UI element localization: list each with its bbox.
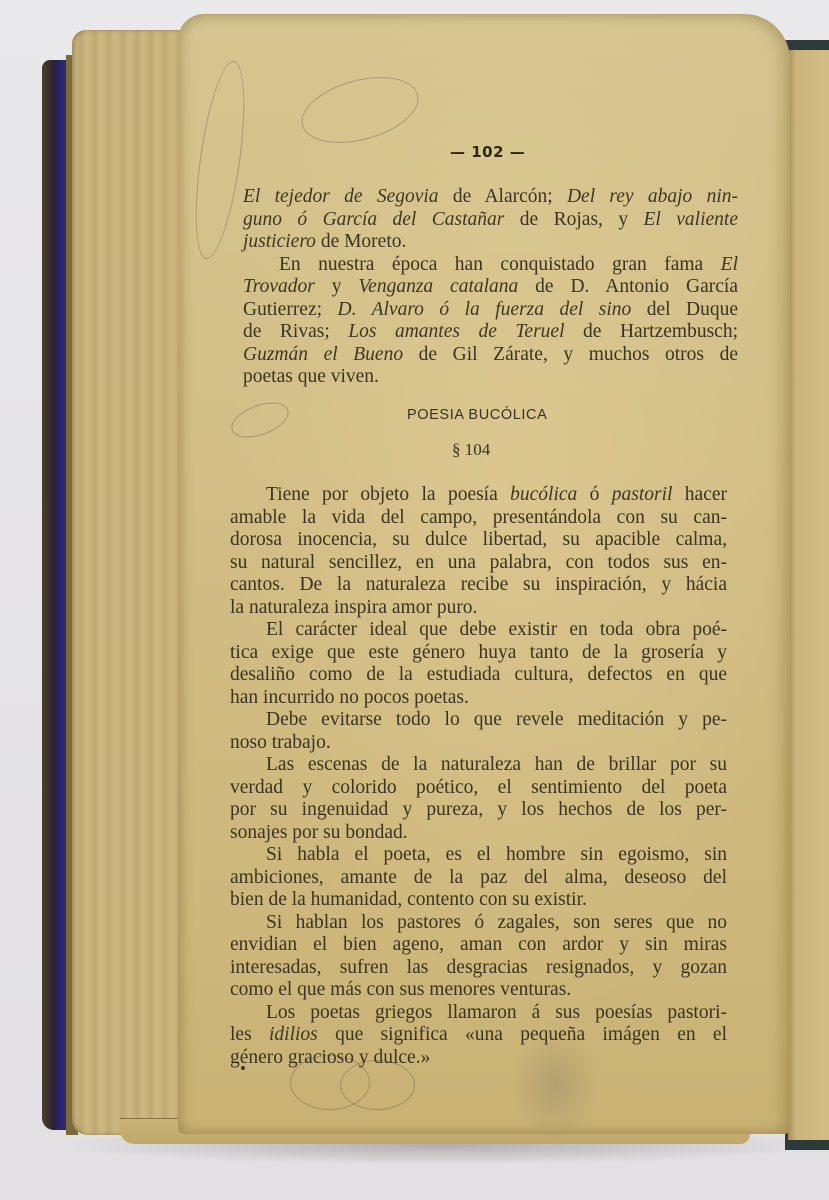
paragraph: Debe evitarse todo lo que revele meditac… <box>230 709 727 754</box>
text-run: poetas que viven. <box>243 366 379 387</box>
section-heading: POESIA BUCÓLICA <box>407 407 547 423</box>
text-line: género gracioso y dulce.» <box>230 1047 727 1070</box>
text-run: ó <box>577 484 611 505</box>
text-line: Guzmán el Bueno de Gil Zárate, y muchos … <box>243 344 738 367</box>
text-run: Tiene por objeto la poesía <box>266 484 510 505</box>
text-line: Si hablan los pastores ó zagales, son se… <box>230 912 727 935</box>
text-line: han incurrido no pocos poetas. <box>230 687 727 710</box>
text-line: Los poetas griegos llamaron á sus poesía… <box>230 1002 727 1025</box>
italic-title: El tejedor de Segovia <box>243 186 439 207</box>
text-line: interesadas, sufren las desgracias resig… <box>230 957 727 980</box>
text-run: noso trabajo. <box>230 732 331 753</box>
text-line: poetas que viven. <box>243 366 738 389</box>
text-line: envidian el bien ageno, aman con ardor y… <box>230 934 727 957</box>
italic-title: Del rey abajo nin- <box>567 186 738 207</box>
text-line: verdad y colorido poético, el sentimient… <box>230 777 727 800</box>
italic-title: Trovador <box>243 276 315 297</box>
text-run: género gracioso y dulce.» <box>230 1047 430 1068</box>
text-block-top: El tejedor de Segovia de Alarcón; Del re… <box>243 186 738 389</box>
text-run: de D. Antonio García <box>518 276 738 297</box>
text-run: amable la vida del campo, presentándola … <box>230 507 727 528</box>
text-run: les <box>230 1024 269 1045</box>
text-line: por su ingenuidad y pureza, y los hechos… <box>230 799 727 822</box>
text-run: y <box>315 276 359 297</box>
italic-title: justiciero <box>243 231 316 252</box>
italic-title: Los amantes de Teruel <box>348 321 564 342</box>
text-run: la naturaleza inspira amor puro. <box>230 597 477 618</box>
text-line: Debe evitarse todo lo que revele meditac… <box>230 709 727 732</box>
text-run: Debe evitarse todo lo que revele meditac… <box>266 709 727 730</box>
text-line: Tiene por objeto la poesía bucólica ó pa… <box>230 484 727 507</box>
text-line: bien de la humanidad, contento con su ex… <box>230 889 727 912</box>
text-line: Las escenas de la naturaleza han de bril… <box>230 754 727 777</box>
text-run: que significa «una pequeña imágen en el <box>318 1024 727 1045</box>
text-run: dorosa inocencia, su dulce libertad, su … <box>230 529 727 550</box>
text-run: como el que más con sus menores venturas… <box>230 979 571 1000</box>
text-line: ambiciones, amante de la paz del alma, d… <box>230 867 727 890</box>
text-line: su natural sencillez, en una palabra, co… <box>230 552 727 575</box>
text-run: cantos. De la naturaleza recibe su inspi… <box>230 574 727 595</box>
italic-title: Guzmán el Bueno <box>243 344 403 365</box>
text-run: de Hartzembusch; <box>565 321 738 342</box>
text-line: guno ó García del Castañar de Rojas, y E… <box>243 209 738 232</box>
text-line: amable la vida del campo, presentándola … <box>230 507 727 530</box>
text-line: El carácter ideal que debe existir en to… <box>230 619 727 642</box>
text-line: tica exige que este género huya tanto de… <box>230 642 727 665</box>
paragraph: Si habla el poeta, es el hombre sin egoi… <box>230 844 727 912</box>
text-run: En nuestra época han conquistado gran fa… <box>279 254 721 275</box>
text-line: En nuestra época han conquistado gran fa… <box>243 254 738 277</box>
text-run: Las escenas de la naturaleza han de bril… <box>266 754 727 775</box>
text-run: Los poetas griegos llamaron á sus poesía… <box>266 1002 727 1023</box>
italic-title: idilios <box>269 1024 318 1045</box>
text-run: tica exige que este género huya tanto de… <box>230 642 727 663</box>
section-number: § 104 <box>452 440 490 460</box>
italic-title: El valiente <box>644 209 738 230</box>
text-run: de Moreto. <box>316 231 406 252</box>
text-line: la naturaleza inspira amor puro. <box>230 597 727 620</box>
text-run: de Rivas; <box>243 321 348 342</box>
text-run: por su ingenuidad y pureza, y los hechos… <box>230 799 727 820</box>
text-line: de Rivas; Los amantes de Teruel de Hartz… <box>243 321 738 344</box>
text-run: bien de la humanidad, contento con su ex… <box>230 889 587 910</box>
text-line: sonajes por su bondad. <box>230 822 727 845</box>
text-run: de Alarcón; <box>439 186 567 207</box>
text-line: justiciero de Moreto. <box>243 231 738 254</box>
text-run: El carácter ideal que debe existir en to… <box>266 619 727 640</box>
text-line: noso trabajo. <box>230 732 727 755</box>
text-line: como el que más con sus menores venturas… <box>230 979 727 1002</box>
text-run: envidian el bien ageno, aman con ardor y… <box>230 934 727 955</box>
book-photo: — 102 — El tejedor de Segovia de Alarcón… <box>0 0 829 1200</box>
paragraph: Tiene por objeto la poesía bucólica ó pa… <box>230 484 727 619</box>
italic-title: D. Alvaro ó la fuerza del sino <box>338 299 632 320</box>
paragraph: Los poetas griegos llamaron á sus poesía… <box>230 1002 727 1070</box>
facing-page-edge <box>788 50 829 1140</box>
text-run: de Rojas, y <box>504 209 643 230</box>
text-run: hacer <box>672 484 727 505</box>
text-run: su natural sencillez, en una palabra, co… <box>230 552 727 573</box>
text-line: desaliño como de la estudiada cultura, d… <box>230 664 727 687</box>
text-run: Gutierrez; <box>243 299 338 320</box>
paragraph: El carácter ideal que debe existir en to… <box>230 619 727 709</box>
page-number: — 102 — <box>450 143 525 161</box>
text-run: Si hablan los pastores ó zagales, son se… <box>266 912 727 933</box>
text-line: Trovador y Venganza catalana de D. Anton… <box>243 276 738 299</box>
italic-title: guno ó García del Castañar <box>243 209 504 230</box>
text-line: Si habla el poeta, es el hombre sin egoi… <box>230 844 727 867</box>
text-run: sonajes por su bondad. <box>230 822 408 843</box>
paragraph: Las escenas de la naturaleza han de bril… <box>230 754 727 844</box>
italic-title: Venganza catalana <box>358 276 518 297</box>
paragraph: Si hablan los pastores ó zagales, son se… <box>230 912 727 1002</box>
paragraph: En nuestra época han conquistado gran fa… <box>243 254 738 389</box>
text-run: desaliño como de la estudiada cultura, d… <box>230 664 727 685</box>
text-line: Gutierrez; D. Alvaro ó la fuerza del sin… <box>243 299 738 322</box>
text-run: interesadas, sufren las desgracias resig… <box>230 957 727 978</box>
text-run: verdad y colorido poético, el sentimient… <box>230 777 727 798</box>
text-line: cantos. De la naturaleza recibe su inspi… <box>230 574 727 597</box>
text-block-section: Tiene por objeto la poesía bucólica ó pa… <box>230 484 727 1069</box>
text-run: del Duque <box>631 299 738 320</box>
text-line: dorosa inocencia, su dulce libertad, su … <box>230 529 727 552</box>
text-line: El tejedor de Segovia de Alarcón; Del re… <box>243 186 738 209</box>
text-line: les idilios que significa «una pequeña i… <box>230 1024 727 1047</box>
italic-title: bucólica <box>510 484 577 505</box>
text-run: han incurrido no pocos poetas. <box>230 687 469 708</box>
page-stack-left <box>72 30 187 1135</box>
text-run: de Gil Zárate, y muchos otros de <box>403 344 738 365</box>
italic-title: El <box>721 254 738 275</box>
text-run: ambiciones, amante de la paz del alma, d… <box>230 867 727 888</box>
paragraph: El tejedor de Segovia de Alarcón; Del re… <box>243 186 738 254</box>
text-run: Si habla el poeta, es el hombre sin egoi… <box>266 844 727 865</box>
italic-title: pastoril <box>612 484 673 505</box>
